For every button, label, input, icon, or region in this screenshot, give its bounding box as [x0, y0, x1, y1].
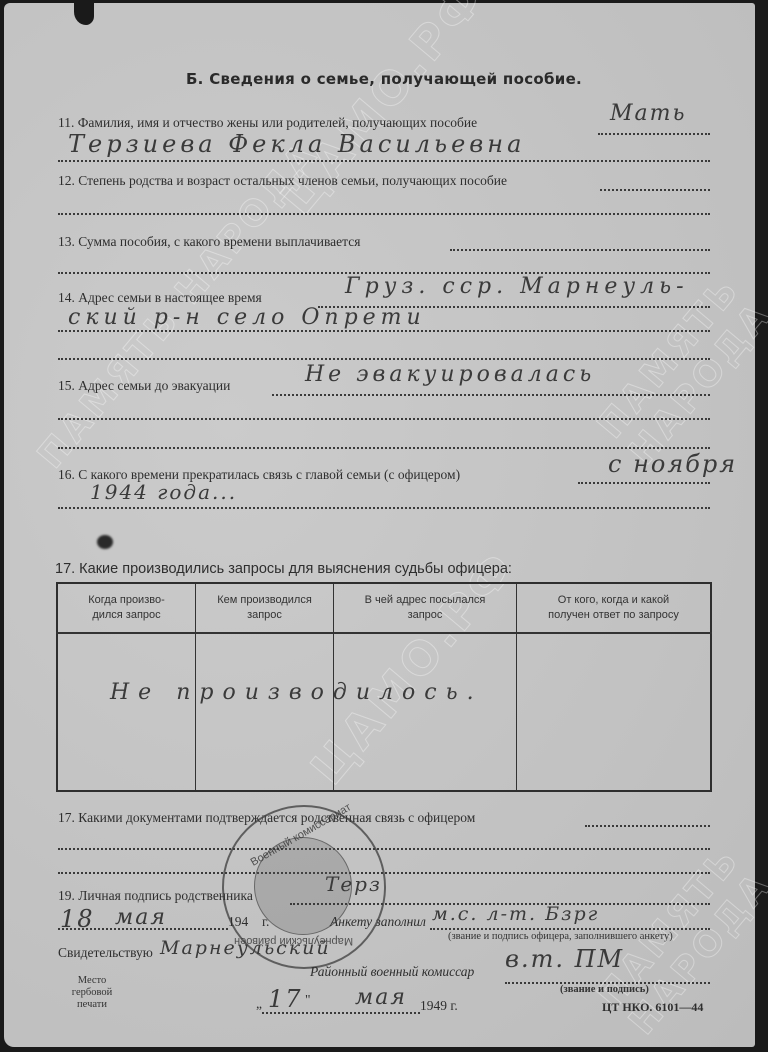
field-15-line-2 [58, 418, 710, 420]
field-19-label: 19. Личная подпись родственника [58, 888, 253, 904]
field-13-line [450, 249, 710, 251]
filled-by-line [430, 928, 710, 930]
field-16-value-1: с ноября [608, 450, 737, 478]
paper-tear [74, 3, 94, 25]
field-14-line-3 [58, 358, 710, 360]
final-date-month: мая [355, 985, 407, 1010]
field-11-line [598, 133, 710, 135]
final-date-year: 1949 г. [420, 998, 458, 1014]
section-title: Б. Сведения о семье, получающей пособие. [0, 70, 768, 88]
field-16-value-2: 1944 года... [90, 480, 237, 504]
field-14-value-1: Груз. сср. Марнеуль- [345, 274, 689, 299]
witness-value: Марнеульский [160, 937, 331, 959]
field-17-label: 17. Какие производились запросы для выяс… [55, 561, 512, 577]
field-15-line [272, 394, 710, 396]
final-date-line [262, 1012, 420, 1014]
field-15-label: 15. Адрес семьи до эвакуации [58, 378, 230, 394]
table-cell [517, 633, 712, 791]
col-header-to-whom: В чей адрес посылался запрос [334, 583, 517, 633]
commissar-label: Районный военный комиссар [310, 964, 474, 980]
field-12-label: 12. Степень родства и возраст остальных … [58, 173, 507, 189]
table-header-row: Когда произво- дился запрос Кем производ… [57, 583, 711, 633]
commissar-caption: (звание и подпись) [560, 984, 649, 995]
table-cell [196, 633, 334, 791]
field-11-line-2 [58, 160, 710, 162]
field-15-line-3 [58, 447, 710, 449]
final-date-day: 17 [268, 985, 303, 1013]
field-16-line [578, 482, 710, 484]
field-14-label: 14. Адрес семьи в настоящее время [58, 290, 262, 306]
final-date-open-quote: „ [256, 996, 262, 1012]
field-13-label: 13. Сумма пособия, с какого времени выпл… [58, 234, 360, 250]
form-code: ЦТ НКО. 6101—44 [602, 1000, 703, 1015]
date-line [58, 928, 228, 930]
field-11-label: 11. Фамилия, имя и отчество жены или род… [58, 115, 477, 131]
col-header-when: Когда произво- дился запрос [57, 583, 196, 633]
punch-hole [97, 535, 113, 549]
field-11-value-name: Терзиева Фекла Васильевна [68, 130, 525, 158]
date-year-suffix: г. [262, 914, 269, 930]
field-16-line-2 [58, 507, 710, 509]
witness-label: Свидетельствую [58, 945, 153, 961]
relative-signature: Терз [325, 872, 382, 896]
table-row [57, 633, 711, 791]
date-year: 194 [228, 914, 248, 930]
table-cell [57, 633, 196, 791]
field-15-value: Не эвакуировалась [305, 362, 595, 387]
field-14-line-2 [58, 330, 710, 332]
requests-table-value: Не производилось. [110, 680, 483, 705]
field-18-line [585, 825, 710, 827]
field-18-line-2 [58, 848, 710, 850]
table-cell [334, 633, 517, 791]
field-11-value-relation: Мать [610, 101, 686, 126]
col-header-response: От кого, когда и какой получен ответ по … [517, 583, 712, 633]
seal-place-label: Место гербовой печати [62, 975, 122, 1011]
field-12-line [600, 189, 710, 191]
col-header-by-whom: Кем производился запрос [196, 583, 334, 633]
commissar-signature: в.т. ПМ [505, 945, 624, 973]
filled-by-label: Анкету заполнил [330, 914, 426, 930]
final-date-close-quote: " [305, 992, 311, 1008]
filled-by-caption: (звание и подпись офицера, заполнившего … [448, 931, 673, 942]
field-12-line-2 [58, 213, 710, 215]
date-month: мая [115, 905, 167, 930]
field-14-value-2: ский р-н село Опрети [68, 305, 426, 330]
filled-by-value: м.с. л-т. Бзрг [432, 903, 599, 925]
